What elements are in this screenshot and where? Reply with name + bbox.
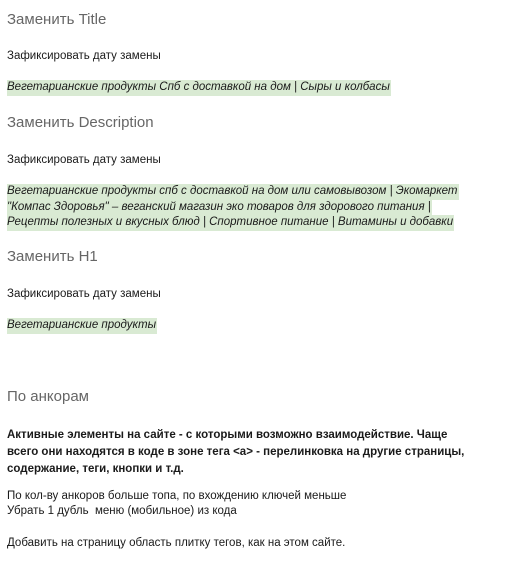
definition-line: всего они находятся в коде в зоне тега <… — [7, 444, 507, 461]
highlighted-description-text: Вегетарианские продукты спб с доставкой … — [7, 184, 459, 231]
anchors-note: Убрать 1 дубль меню (мобильное) из кода — [7, 504, 346, 519]
anchors-definition: Активные элементы на сайте - с которыми … — [7, 427, 507, 478]
heading-replace-description: Заменить Description — [7, 114, 154, 131]
document-page: Заменить Title Зафиксировать дату замены… — [0, 0, 527, 576]
highlight-line: Вегетарианские продукты Спб с доставкой … — [7, 80, 391, 96]
note-fix-date-description: Зафиксировать дату замены — [7, 153, 161, 168]
highlight-line: Вегетарианские продукты спб с доставкой … — [7, 184, 459, 200]
highlighted-title-text: Вегетарианские продукты Спб с доставкой … — [7, 80, 391, 96]
highlight-line: Вегетарианские продукты — [7, 318, 157, 334]
note-fix-date-title: Зафиксировать дату замены — [7, 49, 161, 64]
anchors-notes: По кол-ву анкоров больше топа, по вхожде… — [7, 489, 346, 519]
highlighted-h1-text: Вегетарианские продукты — [7, 318, 157, 334]
anchors-final-note: Добавить на страницу область плитку тего… — [7, 536, 345, 551]
highlight-line: Рецепты полезных и вкусных блюд | Спорти… — [7, 215, 454, 231]
highlight-line: "Компас Здоровья" – веганский магазин эк… — [7, 200, 432, 216]
note-fix-date-h1: Зафиксировать дату замены — [7, 287, 161, 302]
definition-line: содержание, теги, кнопки и т.д. — [7, 461, 507, 478]
heading-by-anchors: По анкорам — [7, 388, 89, 405]
heading-replace-title: Заменить Title — [7, 11, 106, 28]
anchors-note: По кол-ву анкоров больше топа, по вхожде… — [7, 489, 346, 504]
heading-replace-h1: Заменить H1 — [7, 248, 98, 265]
definition-line: Активные элементы на сайте - с которыми … — [7, 427, 507, 444]
